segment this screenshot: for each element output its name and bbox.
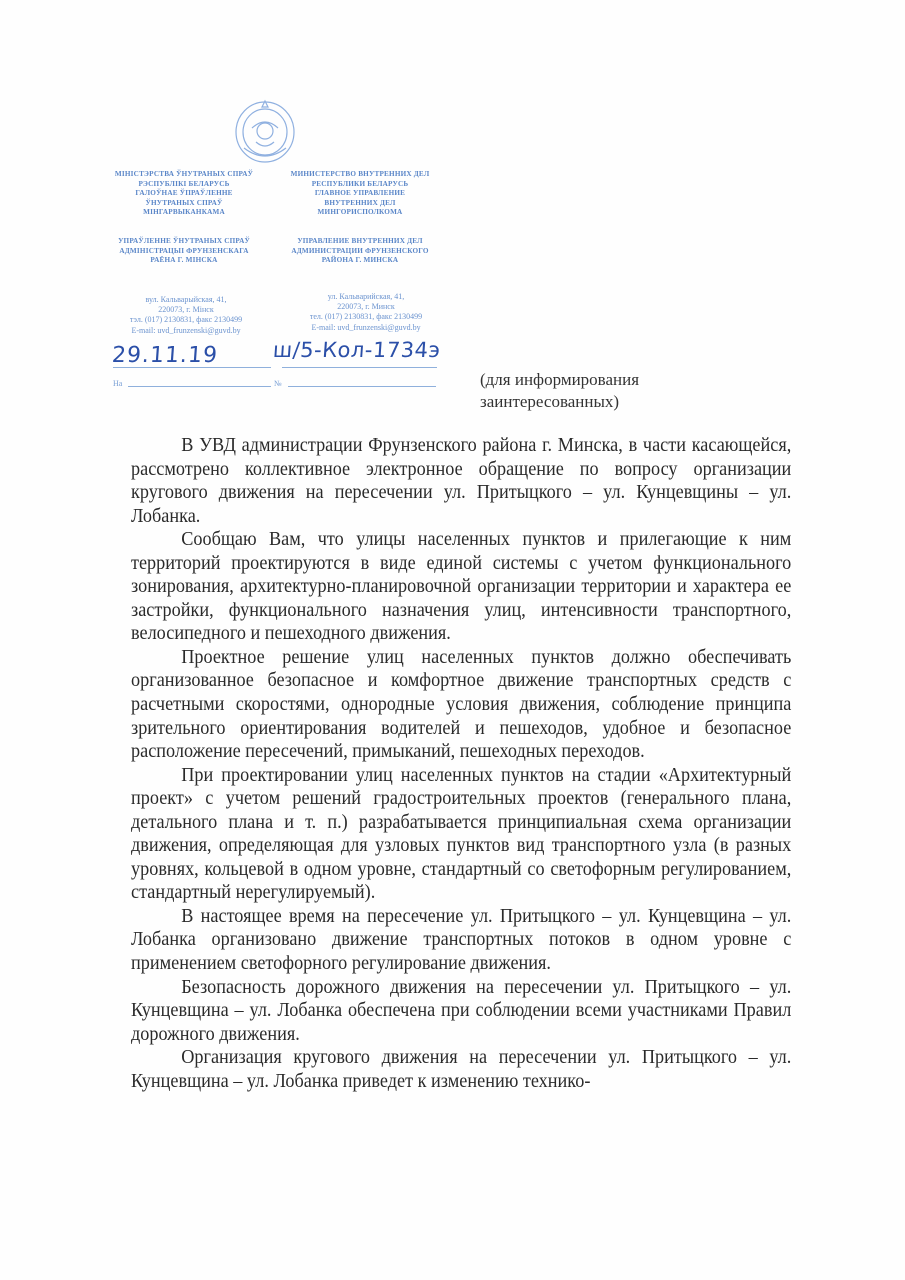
number-line <box>282 367 437 368</box>
letter-body: В УВД администрации Фрунзенского района … <box>131 434 791 1093</box>
addressee-block: (для информирования заинтересованных) <box>480 369 639 413</box>
reference-number-line <box>288 386 436 387</box>
paragraph: Сообщаю Вам, что улицы населенных пункто… <box>131 528 791 646</box>
handwritten-date: 29.11.19 <box>111 343 219 368</box>
date-line <box>113 367 271 368</box>
paragraph: Организация кругового движения на пересе… <box>131 1046 791 1093</box>
letterhead-department-by: УПРАЎЛЕННЕ ЎНУТРАНЫХ СПРАЎ АДМIНIСТРАЦЫI… <box>106 237 262 266</box>
paragraph: При проектировании улиц населенных пункт… <box>131 764 791 905</box>
coat-of-arms-icon <box>232 98 298 168</box>
reference-line <box>128 386 271 387</box>
letterhead-address-by: вул. Кальварыйская, 41, 220073, г. Мiнск… <box>106 295 266 336</box>
number-sign-label: № <box>274 379 282 388</box>
paragraph: В настоящее время на пересечение ул. При… <box>131 905 791 976</box>
letterhead-ministry-by: МIНIСТЭРСТВА ЎНУТРАНЫХ СПРАЎ РЭСПУБЛIКI … <box>106 170 262 218</box>
letterhead-address-ru: ул. Кальварийская, 41, 220073, г. Минск … <box>286 292 446 333</box>
letterhead-department-ru: УПРАВЛЕНИЕ ВНУТРЕННИХ ДЕЛ АДМИНИСТРАЦИИ … <box>280 237 440 266</box>
paragraph: Проектное решение улиц населенных пункто… <box>131 646 791 764</box>
handwritten-reg-number: ш/5-Кол-1734э <box>272 338 441 362</box>
document-page: МIНIСТЭРСТВА ЎНУТРАНЫХ СПРАЎ РЭСПУБЛIКI … <box>0 0 905 1280</box>
paragraph: В УВД администрации Фрунзенского района … <box>131 434 791 528</box>
na-label: На <box>113 379 122 388</box>
paragraph: Безопасность дорожного движения на перес… <box>131 976 791 1047</box>
letterhead-ministry-ru: МИНИСТЕРСТВО ВНУТРЕННИХ ДЕЛ РЕСПУБЛИКИ Б… <box>280 170 440 218</box>
